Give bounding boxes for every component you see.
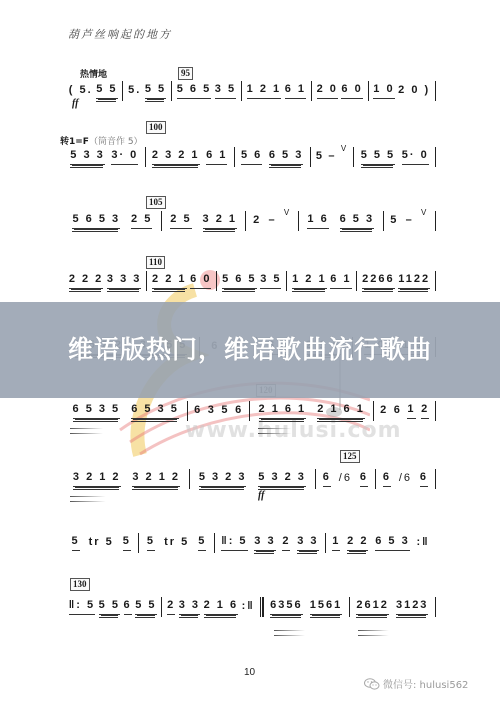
note-group: 5 bbox=[147, 535, 155, 551]
note-group: 5 bbox=[316, 150, 324, 165]
running-head: 葫芦丝响起的地方 bbox=[68, 26, 172, 42]
note-group: 6 5 3 bbox=[340, 213, 374, 229]
note-group: 6 5 3 bbox=[375, 535, 409, 551]
note-group: 1 2 1 bbox=[247, 83, 281, 99]
note-group: 5 6 5 3 bbox=[72, 213, 120, 229]
wechat-icon bbox=[364, 678, 380, 690]
note-group: 6 5 3 5 bbox=[131, 403, 179, 419]
note-group: 2 1 6 1 bbox=[317, 403, 365, 419]
decrescendo-hairpin bbox=[70, 496, 154, 502]
rehearsal-mark: 105 bbox=[146, 196, 166, 209]
note-group: 6 1 bbox=[285, 83, 306, 99]
note-group: 1122 bbox=[398, 273, 430, 289]
note-group: 1 bbox=[407, 403, 415, 419]
note-group: /6 bbox=[339, 472, 352, 487]
repeat-start: ‖: 5 bbox=[221, 535, 247, 551]
note-group: 2 0 ) bbox=[398, 84, 430, 99]
note-group: 6 bbox=[194, 404, 202, 419]
note-group: 5 3 2 3 bbox=[199, 471, 247, 487]
note-group: 1 bbox=[332, 535, 340, 551]
trill-note: tr 5 bbox=[89, 536, 114, 551]
note-group: 6 bbox=[394, 404, 402, 419]
note-group: 6 1 bbox=[330, 273, 351, 289]
note-group: 6 5 3 bbox=[269, 149, 303, 165]
note-group: 3 5 bbox=[260, 273, 281, 289]
note-group: 2 2 1 bbox=[152, 273, 186, 289]
note-group: 2266 bbox=[362, 273, 394, 289]
note-group: – bbox=[406, 214, 414, 229]
note-group: 3· 0 bbox=[111, 149, 138, 165]
tempo-marking: 热情地 bbox=[80, 67, 107, 80]
rehearsal-mark: 100 bbox=[146, 121, 166, 134]
note-group: 5 5 bbox=[96, 83, 117, 99]
note-group: /6 bbox=[399, 472, 412, 487]
note-group: 2 bbox=[167, 599, 175, 615]
note-group: 2 1 6 1 bbox=[259, 403, 307, 419]
score-row-3: 105 5 6 5 32 5 2 53 2 1 2–V 1 66 5 3 5–V bbox=[64, 192, 436, 232]
note-group: – bbox=[328, 150, 336, 165]
repeat-end: :‖ bbox=[416, 536, 429, 551]
note-group: 6 bbox=[420, 471, 428, 487]
note-group: 5 bbox=[123, 535, 131, 551]
rehearsal-mark: 130 bbox=[70, 578, 90, 591]
note-group: 3 3 bbox=[297, 535, 318, 551]
note-group: 5 6 5 bbox=[177, 83, 211, 99]
repeat-start: ‖: 5 bbox=[69, 599, 95, 615]
note-group: 3 3 bbox=[179, 599, 200, 615]
key-change: 转1=F（筒音作 5） bbox=[60, 134, 143, 147]
barline bbox=[435, 469, 436, 489]
note-group: 5 bbox=[72, 535, 80, 551]
note-group: 5 6 bbox=[241, 149, 262, 165]
note-group: 1 0 bbox=[373, 83, 394, 99]
note-group: 6 bbox=[360, 471, 368, 487]
rehearsal-mark: 95 bbox=[178, 67, 193, 80]
note-group: 2612 bbox=[356, 599, 388, 615]
decrescendo-hairpin bbox=[358, 630, 432, 636]
title-banner: 维语版热门，维语歌曲流行歌曲 bbox=[0, 302, 500, 398]
note-group: 6 1 bbox=[206, 149, 227, 165]
rehearsal-mark: 110 bbox=[146, 256, 165, 269]
note-group: 2 3 2 1 bbox=[152, 149, 200, 165]
wechat-watermark: 微信号: hulusi562 bbox=[364, 676, 468, 691]
note-group: 6 0 bbox=[190, 273, 211, 289]
wechat-id-label: 微信号: hulusi562 bbox=[383, 676, 468, 691]
note-group: 2 bbox=[421, 403, 429, 419]
note-group: 3 2 1 2 bbox=[132, 471, 180, 487]
note-group: 5 5 bbox=[135, 599, 156, 615]
note-group: 2 bbox=[380, 404, 388, 419]
note-group: 1 2 1 bbox=[292, 273, 326, 289]
note-group: 5. bbox=[128, 84, 141, 99]
note-group: 2 2 2 bbox=[69, 273, 103, 289]
note-group: 2 5 bbox=[131, 213, 152, 229]
trill-note: tr 5 bbox=[164, 536, 189, 551]
note-group: 6 bbox=[235, 404, 243, 419]
repeat-end: :‖ bbox=[242, 600, 255, 615]
score-row-1: 热情地 95 ff ( 5.5 5 5.5 5 5 6 53 5 1 2 16 … bbox=[64, 68, 436, 108]
note-group: 5 5 5 bbox=[361, 149, 395, 165]
note-group: 2 bbox=[253, 214, 261, 229]
note-group: 5 6 5 bbox=[222, 273, 256, 289]
note-group: 6356 bbox=[270, 599, 302, 615]
note-group: 3 3 3 bbox=[107, 273, 141, 289]
note-group: 5 5 bbox=[99, 599, 120, 615]
note-group: 3 2 1 2 bbox=[73, 471, 121, 487]
note-group: 3 2 1 bbox=[203, 213, 237, 229]
note-group: 6 0 bbox=[341, 83, 362, 99]
barline bbox=[435, 81, 436, 101]
note-group: 2 1 6 bbox=[204, 599, 238, 615]
note-group: 3 bbox=[208, 404, 216, 419]
page-number: 10 bbox=[244, 667, 255, 678]
note-group: 2 0 bbox=[317, 83, 338, 99]
score-row-4: 110 2 2 23 3 3 2 2 16 0 5 6 53 5 1 2 16 … bbox=[64, 252, 436, 292]
breath-mark: V bbox=[284, 208, 291, 220]
note-group: 3123 bbox=[396, 599, 428, 615]
note-group: ( 5. bbox=[69, 84, 93, 99]
sheet-music-page: 葫芦丝响起的地方 www.hulusi.com 热情地 95 ff ( 5.5 … bbox=[0, 0, 500, 702]
decrescendo-hairpin bbox=[274, 630, 348, 636]
breath-mark: V bbox=[421, 208, 428, 220]
note-group: 2 2 bbox=[347, 535, 368, 551]
barline bbox=[435, 271, 436, 291]
note-group: 5 5 bbox=[145, 83, 166, 99]
note-group: 6 bbox=[323, 471, 331, 487]
note-group: 2 5 bbox=[170, 213, 191, 229]
note-group: 5 bbox=[198, 535, 206, 551]
note-group: 5 3 2 3 bbox=[258, 471, 306, 487]
breath-mark: V bbox=[341, 144, 348, 156]
note-group: 5 bbox=[390, 214, 398, 229]
note-group: – bbox=[269, 214, 277, 229]
dynamic-marking: ff bbox=[258, 490, 264, 501]
score-row-9: 130 ‖: 55 565 5 23 32 1 6:‖ 63561561 261… bbox=[64, 578, 436, 618]
banner-title: 维语版热门，维语歌曲流行歌曲 bbox=[68, 333, 432, 367]
note-group: 6 bbox=[124, 599, 132, 615]
barline bbox=[435, 597, 436, 617]
note-group: 3 5 bbox=[215, 83, 236, 99]
decrescendo-hairpin bbox=[70, 428, 152, 434]
rehearsal-mark: 125 bbox=[340, 450, 360, 463]
barline bbox=[435, 401, 436, 421]
note-group: 5 3 3 bbox=[70, 149, 104, 165]
barline bbox=[435, 211, 436, 231]
score-row-8: 5tr 55 5tr 55 ‖: 53 323 3 12 26 5 3:‖ bbox=[64, 520, 436, 560]
key-change-label: 转1=F bbox=[60, 137, 89, 147]
note-group: 5· 0 bbox=[402, 149, 429, 165]
barline bbox=[435, 147, 436, 167]
score-row-2: 100 转1=F（筒音作 5） 5 3 33· 0 2 3 2 16 1 5 6… bbox=[64, 122, 436, 162]
note-group: 3 3 bbox=[254, 535, 275, 551]
note-group: 6 bbox=[383, 471, 391, 487]
note-group: 2 bbox=[282, 535, 290, 551]
note-group: 1561 bbox=[310, 599, 342, 615]
key-note: （筒音作 5） bbox=[89, 137, 143, 147]
score-row-7: 125 ff 3 2 1 23 2 1 2 5 3 2 35 3 2 3 6/6… bbox=[64, 450, 436, 490]
note-group: 1 6 bbox=[307, 213, 328, 229]
note-group: 5 bbox=[221, 404, 229, 419]
note-group: 6 5 3 5 bbox=[73, 403, 121, 419]
